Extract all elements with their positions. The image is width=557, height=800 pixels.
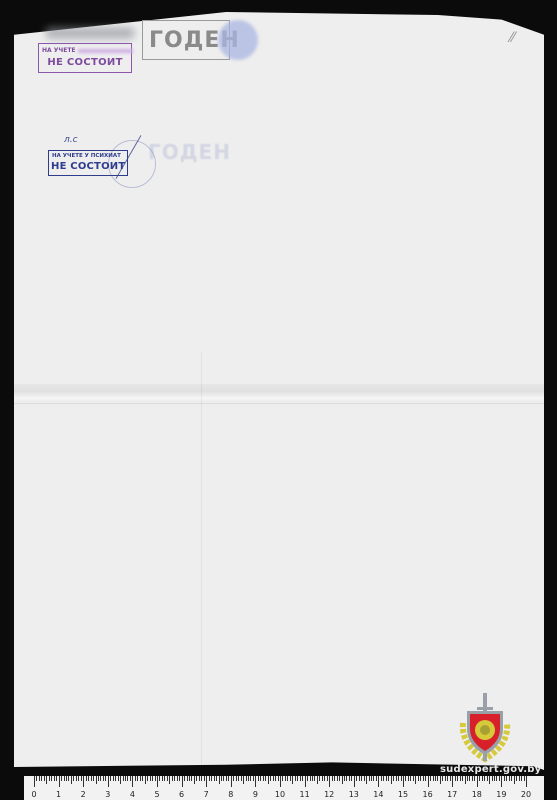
stamp-smudge bbox=[78, 49, 133, 53]
ruler-tick bbox=[300, 776, 301, 781]
ruler-tick bbox=[371, 776, 372, 781]
ruler-tick bbox=[93, 776, 94, 781]
ruler-tick bbox=[159, 776, 160, 781]
ruler-tick bbox=[332, 776, 333, 781]
ruler-tick bbox=[39, 776, 40, 781]
ruler-tick bbox=[403, 776, 404, 787]
ruler-tick bbox=[36, 776, 37, 781]
ruler-tick bbox=[351, 776, 352, 781]
ruler-tick bbox=[319, 776, 320, 781]
ruler-tick bbox=[196, 776, 197, 781]
ruler-tick bbox=[482, 776, 483, 781]
ruler-tick bbox=[236, 776, 237, 781]
ruler-tick bbox=[484, 776, 485, 781]
ruler-tick bbox=[423, 776, 424, 781]
ruler-tick bbox=[189, 776, 190, 781]
corner-crease-mark: ⁄⁄ bbox=[510, 30, 515, 46]
ruler-tick bbox=[68, 776, 69, 781]
ruler-tick bbox=[64, 776, 65, 781]
ruler-tick bbox=[465, 776, 466, 784]
ruler-tick bbox=[231, 776, 232, 787]
ruler-label: 18 bbox=[472, 790, 482, 799]
ruler-tick bbox=[420, 776, 421, 781]
ruler-tick bbox=[118, 776, 119, 781]
ruler-tick bbox=[155, 776, 156, 781]
ruler-tick bbox=[66, 776, 67, 781]
ruler-tick bbox=[310, 776, 311, 781]
ruler-tick bbox=[78, 776, 79, 781]
ruler-tick bbox=[123, 776, 124, 781]
ruler-tick bbox=[81, 776, 82, 781]
ruler-label: 20 bbox=[521, 790, 531, 799]
ruler-tick bbox=[280, 776, 281, 787]
ruler-tick bbox=[445, 776, 446, 781]
ruler-label: 4 bbox=[130, 790, 135, 799]
ruler-tick bbox=[177, 776, 178, 781]
ruler-tick bbox=[248, 776, 249, 781]
stamp-line1: НА УЧЕТЕ bbox=[42, 47, 76, 54]
ruler-tick bbox=[469, 776, 470, 781]
ruler-label: 12 bbox=[324, 790, 334, 799]
ruler-tick bbox=[147, 776, 148, 781]
ruler-tick bbox=[317, 776, 318, 784]
ruler-tick bbox=[418, 776, 419, 781]
ruler-tick bbox=[378, 776, 379, 787]
ruler-tick bbox=[526, 776, 527, 787]
ruler-tick bbox=[386, 776, 387, 781]
redacted-text-smear bbox=[45, 27, 135, 39]
ruler-tick bbox=[447, 776, 448, 781]
stamp-not-registered-purple: НА УЧЕТЕ НЕ СОСТОИТ bbox=[38, 43, 132, 73]
ruler-tick bbox=[349, 776, 350, 781]
ruler-label: 15 bbox=[398, 790, 408, 799]
ruler-tick bbox=[44, 776, 45, 781]
ruler-tick bbox=[290, 776, 291, 781]
ruler-label: 2 bbox=[81, 790, 86, 799]
ruler-tick bbox=[137, 776, 138, 781]
ruler-tick bbox=[46, 776, 47, 784]
ruler-tick bbox=[450, 776, 451, 781]
ruler-tick bbox=[270, 776, 271, 781]
ruler-tick bbox=[172, 776, 173, 781]
ruler-tick bbox=[59, 776, 60, 787]
ruler-tick bbox=[356, 776, 357, 781]
handwritten-mark: л.с bbox=[64, 135, 78, 145]
faded-stamp-fit: ГОДЕН bbox=[148, 140, 231, 164]
ruler-tick bbox=[179, 776, 180, 781]
ruler-tick bbox=[327, 776, 328, 781]
round-seal-blue bbox=[218, 20, 258, 60]
ruler-tick bbox=[487, 776, 488, 781]
ruler-label: 8 bbox=[228, 790, 233, 799]
ruler-tick bbox=[223, 776, 224, 781]
ruler-tick bbox=[206, 776, 207, 787]
ruler-tick bbox=[201, 776, 202, 781]
ruler-tick bbox=[472, 776, 473, 781]
ruler-tick bbox=[383, 776, 384, 781]
ruler-tick bbox=[41, 776, 42, 781]
ruler-tick bbox=[425, 776, 426, 781]
ruler-tick bbox=[312, 776, 313, 781]
ruler-tick bbox=[214, 776, 215, 781]
ruler-tick bbox=[455, 776, 456, 781]
ruler-tick bbox=[142, 776, 143, 781]
ruler-tick bbox=[329, 776, 330, 787]
ruler-tick bbox=[462, 776, 463, 781]
ruler-tick bbox=[442, 776, 443, 781]
ruler-tick bbox=[361, 776, 362, 781]
ruler-tick bbox=[396, 776, 397, 781]
ruler-tick bbox=[228, 776, 229, 781]
vertical-crease bbox=[201, 352, 202, 772]
ruler-tick bbox=[477, 776, 478, 787]
ruler-tick bbox=[514, 776, 515, 784]
ruler-tick bbox=[511, 776, 512, 781]
ruler-tick bbox=[61, 776, 62, 781]
ruler-tick bbox=[364, 776, 365, 781]
ruler-tick bbox=[428, 776, 429, 787]
ruler-tick bbox=[509, 776, 510, 781]
ruler-tick bbox=[113, 776, 114, 781]
ruler-tick bbox=[307, 776, 308, 781]
ruler-tick bbox=[226, 776, 227, 781]
forensic-emblem-icon bbox=[457, 693, 513, 763]
ruler-tick bbox=[110, 776, 111, 781]
ruler-tick bbox=[457, 776, 458, 781]
ruler-tick bbox=[415, 776, 416, 784]
ruler-tick bbox=[164, 776, 165, 781]
ruler-tick bbox=[98, 776, 99, 781]
ruler-tick bbox=[152, 776, 153, 781]
ruler-tick bbox=[253, 776, 254, 781]
ruler-tick bbox=[519, 776, 520, 781]
ruler-tick bbox=[499, 776, 500, 781]
ruler-tick bbox=[103, 776, 104, 781]
ruler-tick bbox=[54, 776, 55, 781]
ruler-tick bbox=[501, 776, 502, 787]
ruler-tick bbox=[263, 776, 264, 781]
ruler-tick bbox=[339, 776, 340, 781]
ruler-tick bbox=[393, 776, 394, 781]
ruler-tick bbox=[524, 776, 525, 781]
ruler-tick bbox=[322, 776, 323, 781]
ruler-tick bbox=[233, 776, 234, 781]
ruler-tick bbox=[305, 776, 306, 787]
ruler-tick bbox=[150, 776, 151, 781]
ruler-tick bbox=[401, 776, 402, 781]
ruler-tick bbox=[521, 776, 522, 781]
ruler-tick bbox=[324, 776, 325, 781]
ruler-tick bbox=[413, 776, 414, 781]
ruler-tick bbox=[169, 776, 170, 784]
ruler-label: 5 bbox=[154, 790, 159, 799]
ruler-tick bbox=[516, 776, 517, 781]
ruler-tick bbox=[467, 776, 468, 781]
ruler-tick bbox=[182, 776, 183, 787]
ruler-tick bbox=[199, 776, 200, 781]
ruler-label: 9 bbox=[253, 790, 258, 799]
ruler-tick bbox=[265, 776, 266, 781]
ruler-tick bbox=[433, 776, 434, 781]
ruler-tick bbox=[125, 776, 126, 781]
ruler-tick bbox=[506, 776, 507, 781]
stamp-not-registered-blue: НА УЧЕТЕ У ПСИХИАТ НЕ СОСТОИТ bbox=[48, 150, 128, 176]
ruler-tick bbox=[167, 776, 168, 781]
ruler-tick bbox=[51, 776, 52, 781]
ruler-label: 13 bbox=[349, 790, 359, 799]
ruler-tick bbox=[145, 776, 146, 784]
ruler-tick bbox=[334, 776, 335, 781]
ruler-tick bbox=[373, 776, 374, 781]
ruler-tick bbox=[115, 776, 116, 781]
ruler-tick bbox=[354, 776, 355, 787]
ruler-label: 7 bbox=[204, 790, 209, 799]
ruler-tick bbox=[359, 776, 360, 781]
ruler-tick bbox=[130, 776, 131, 781]
ruler-tick bbox=[479, 776, 480, 781]
ruler-tick bbox=[221, 776, 222, 781]
ruler-tick bbox=[216, 776, 217, 781]
ruler-label: 1 bbox=[56, 790, 61, 799]
ruler-tick bbox=[342, 776, 343, 784]
ruler-tick bbox=[49, 776, 50, 781]
ruler-tick bbox=[56, 776, 57, 781]
ruler-tick bbox=[452, 776, 453, 787]
ruler-tick bbox=[489, 776, 490, 784]
ruler-tick bbox=[437, 776, 438, 781]
ruler-tick bbox=[302, 776, 303, 781]
ruler-tick bbox=[187, 776, 188, 781]
ruler-tick bbox=[430, 776, 431, 781]
ruler-tick bbox=[250, 776, 251, 781]
ruler-tick bbox=[132, 776, 133, 787]
ruler-tick bbox=[285, 776, 286, 781]
ruler-tick bbox=[297, 776, 298, 781]
ruler-tick bbox=[204, 776, 205, 781]
ruler-tick bbox=[83, 776, 84, 787]
ruler-tick bbox=[100, 776, 101, 781]
ruler-tick bbox=[405, 776, 406, 781]
ruler-tick bbox=[381, 776, 382, 781]
ruler-tick bbox=[410, 776, 411, 781]
ruler-tick bbox=[504, 776, 505, 781]
document-sheet bbox=[14, 12, 544, 770]
watermark-text: sudexpert.gov.by bbox=[440, 764, 541, 775]
fold-crease-line bbox=[14, 403, 544, 404]
ruler-tick bbox=[91, 776, 92, 781]
ruler-tick bbox=[243, 776, 244, 784]
ruler-tick bbox=[460, 776, 461, 781]
ruler-tick bbox=[184, 776, 185, 781]
ruler-tick bbox=[366, 776, 367, 784]
ruler-tick bbox=[295, 776, 296, 781]
ruler-tick bbox=[88, 776, 89, 781]
ruler-tick bbox=[174, 776, 175, 781]
ruler-label: 17 bbox=[447, 790, 457, 799]
stamp-line1: НА УЧЕТЕ У ПСИХИАТ bbox=[52, 153, 121, 159]
ruler-tick bbox=[241, 776, 242, 781]
measurement-ruler: 01234567891011121314151617181920 bbox=[24, 776, 544, 800]
ruler-tick bbox=[391, 776, 392, 784]
ruler-tick bbox=[73, 776, 74, 781]
ruler-tick bbox=[492, 776, 493, 781]
horizontal-fold bbox=[14, 384, 544, 402]
ruler-tick bbox=[314, 776, 315, 781]
ruler-tick bbox=[376, 776, 377, 781]
ruler-tick bbox=[337, 776, 338, 781]
ruler-label: 14 bbox=[373, 790, 383, 799]
ruler-tick bbox=[346, 776, 347, 781]
ruler-tick bbox=[496, 776, 497, 781]
ruler-tick bbox=[135, 776, 136, 781]
stamp-fit: ГОДЕН bbox=[142, 20, 230, 60]
ruler-tick bbox=[120, 776, 121, 784]
ruler-label: 3 bbox=[105, 790, 110, 799]
ruler-label: 10 bbox=[275, 790, 285, 799]
ruler-tick bbox=[238, 776, 239, 781]
ruler-tick bbox=[246, 776, 247, 781]
ruler-tick bbox=[260, 776, 261, 781]
ruler-tick bbox=[86, 776, 87, 781]
ruler-tick bbox=[157, 776, 158, 787]
ruler-tick bbox=[191, 776, 192, 781]
ruler-tick bbox=[127, 776, 128, 781]
ruler-tick bbox=[194, 776, 195, 784]
ruler-tick bbox=[105, 776, 106, 781]
ruler-tick bbox=[344, 776, 345, 781]
ruler-tick bbox=[96, 776, 97, 784]
ruler-tick bbox=[71, 776, 72, 784]
ruler-tick bbox=[273, 776, 274, 781]
ruler-tick bbox=[282, 776, 283, 781]
ruler-tick bbox=[211, 776, 212, 781]
ruler-tick bbox=[219, 776, 220, 784]
ruler-label: 0 bbox=[31, 790, 36, 799]
ruler-tick bbox=[292, 776, 293, 784]
ruler-tick bbox=[162, 776, 163, 781]
ruler-tick bbox=[76, 776, 77, 781]
ruler-tick bbox=[108, 776, 109, 787]
ruler-tick bbox=[140, 776, 141, 781]
ruler-tick bbox=[440, 776, 441, 784]
ruler-tick bbox=[258, 776, 259, 781]
ruler-tick bbox=[278, 776, 279, 781]
ruler-tick bbox=[388, 776, 389, 781]
ruler-tick bbox=[209, 776, 210, 781]
ruler-tick bbox=[408, 776, 409, 781]
ruler-label: 11 bbox=[300, 790, 310, 799]
ruler-tick bbox=[255, 776, 256, 787]
ruler-tick bbox=[287, 776, 288, 781]
stamp-line2: НЕ СОСТОИТ bbox=[39, 57, 131, 68]
ruler-label: 19 bbox=[496, 790, 506, 799]
ruler-tick bbox=[474, 776, 475, 781]
ruler-tick bbox=[435, 776, 436, 781]
ruler-tick bbox=[369, 776, 370, 781]
ruler-tick bbox=[494, 776, 495, 781]
ruler-tick bbox=[268, 776, 269, 784]
ruler-tick bbox=[275, 776, 276, 781]
stamp-line2: НЕ СОСТОИТ bbox=[51, 161, 125, 172]
ruler-tick bbox=[398, 776, 399, 781]
ruler-label: 16 bbox=[423, 790, 433, 799]
ruler-tick bbox=[34, 776, 35, 787]
ruler-label: 6 bbox=[179, 790, 184, 799]
